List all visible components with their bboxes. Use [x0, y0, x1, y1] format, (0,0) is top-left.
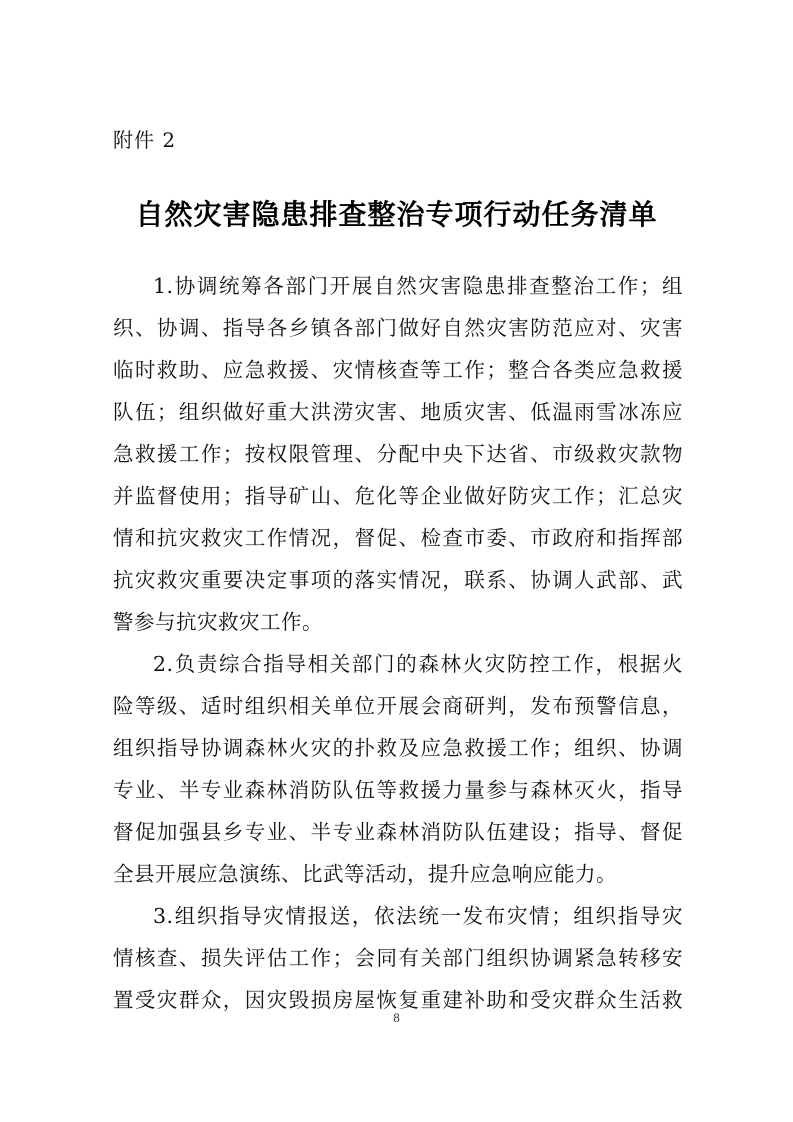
paragraph-3-line: 3.组织指导灾情报送，依法统一发布灾情；组织指导灾 [113, 895, 683, 937]
paragraph-2-line: 专业、半专业森林消防队伍等救援力量参与森林灭火，指导 [113, 769, 683, 811]
paragraph-1-line: 并监督使用；指导矿山、危化等企业做好防灾工作；汇总灾 [113, 475, 683, 517]
paragraph-2-line: 组织指导协调森林火灾的扑救及应急救援工作；组织、协调 [113, 727, 683, 769]
paragraph-2-line: 2.负责综合指导相关部门的森林火灾防控工作，根据火 [113, 643, 683, 685]
paragraph-1-line: 织、协调、指导各乡镇各部门做好自然灾害防范应对、灾害 [113, 307, 683, 349]
paragraph-1-line: 抗灾救灾重要决定事项的落实情况，联系、协调人武部、武 [113, 559, 683, 601]
document-title: 自然灾害隐患排查整治专项行动任务清单 [0, 193, 793, 233]
page-number: 8 [0, 1010, 793, 1026]
paragraph-1-line: 临时救助、应急救援、灾情核查等工作；整合各类应急救援 [113, 349, 683, 391]
paragraph-1-line: 1.协调统筹各部门开展自然灾害隐患排查整治工作；组 [113, 265, 683, 307]
document-page: 附件 2 自然灾害隐患排查整治专项行动任务清单 1.协调统筹各部门开展自然灾害隐… [0, 0, 793, 1122]
paragraph-1-line: 警参与抗灾救灾工作。 [113, 601, 683, 643]
paragraph-2-line: 督促加强县乡专业、半专业森林消防队伍建设；指导、督促 [113, 811, 683, 853]
paragraph-1-line: 急救援工作；按权限管理、分配中央下达省、市级救灾款物 [113, 433, 683, 475]
document-body: 1.协调统筹各部门开展自然灾害隐患排查整治工作；组 织、协调、指导各乡镇各部门做… [113, 265, 683, 1021]
paragraph-2-line: 险等级、适时组织相关单位开展会商研判，发布预警信息， [113, 685, 683, 727]
paragraph-2-line: 全县开展应急演练、比武等活动，提升应急响应能力。 [113, 853, 683, 895]
paragraph-1-line: 队伍；组织做好重大洪涝灾害、地质灾害、低温雨雪冰冻应 [113, 391, 683, 433]
attachment-label: 附件 2 [113, 124, 176, 153]
paragraph-3-line: 情核查、损失评估工作；会同有关部门组织协调紧急转移安 [113, 937, 683, 979]
paragraph-1-line: 情和抗灾救灾工作情况，督促、检查市委、市政府和指挥部 [113, 517, 683, 559]
